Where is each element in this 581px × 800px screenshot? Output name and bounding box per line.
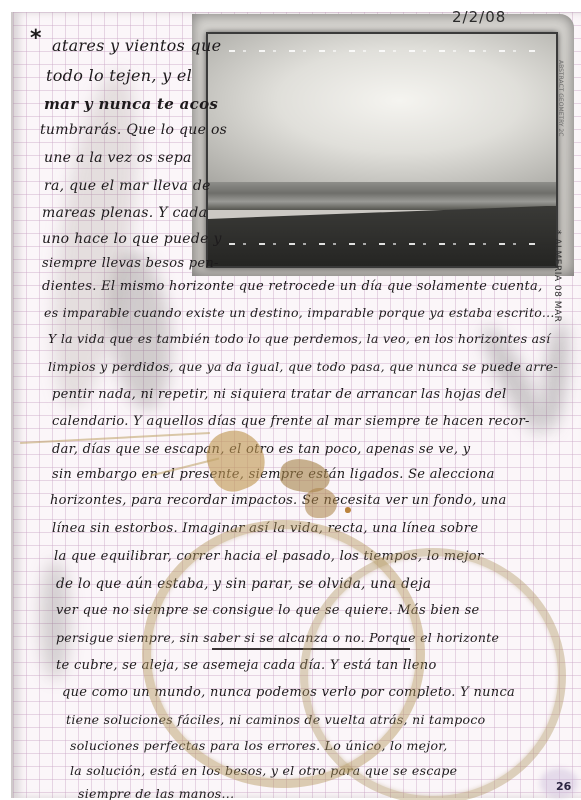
photo-mount [192, 14, 574, 276]
handwritten-line: limpios y perdidos, que ya da igual, que… [48, 359, 558, 374]
photo-sea [208, 182, 556, 210]
handwritten-line: ver que no siempre se consigue lo que se… [56, 603, 480, 618]
handwritten-line: dientes. El mismo horizonte que retroced… [42, 279, 543, 294]
handwritten-line: tiene soluciones fáciles, ni caminos de … [66, 712, 486, 727]
handwritten-line: ra, que el mar lleva de [44, 178, 211, 194]
handwritten-line: te cubre, se aleja, se asemeja cada día.… [56, 658, 437, 673]
handwritten-line: tumbrarás. Que lo que os [40, 122, 227, 138]
entry-date: 2/2/08 [452, 8, 506, 26]
handwritten-line: siempre llevas besos pen- [42, 256, 219, 271]
handwritten-line: persigue siempre, sin saber si se alcanz… [56, 630, 499, 645]
handwritten-line: atares y vientos que [52, 36, 221, 55]
handwritten-line: línea sin estorbos. Imaginar así la vida… [52, 521, 478, 536]
handwritten-line: uno hace lo que puede y [42, 231, 222, 247]
underlined-phrase: sin saber si se alcanza o no [212, 646, 234, 647]
handwritten-line: todo lo tejen, y el [46, 66, 192, 85]
photo-beach [208, 206, 556, 266]
handwritten-line: calendario. Y aquellos días que frente a… [52, 414, 530, 429]
handwritten-line: mareas plenas. Y cada [42, 205, 207, 221]
handwritten-line: une a la vez os sepa [44, 150, 192, 166]
film-edge-marks [229, 243, 535, 245]
phrase-underline [212, 648, 410, 650]
seascape-photo [206, 32, 558, 268]
handwritten-line: la que equilibrar, correr hacia el pasad… [54, 549, 483, 564]
handwritten-line: pentir nada, ni repetir, ni siquiera tra… [52, 387, 506, 402]
handwritten-line: siempre de las manos... [78, 786, 234, 800]
photo-sky [208, 34, 556, 182]
film-edge-marks [229, 50, 535, 52]
handwritten-line: la solución, está en los besos, y el otr… [70, 763, 457, 778]
handwritten-line: dar, días que se escapan, el otro es tan… [52, 442, 470, 457]
handwritten-line: de lo que aún estaba, y sin parar, se ol… [56, 576, 431, 592]
handwritten-line: horizontes, para recordar impactos. Se n… [50, 493, 507, 508]
handwritten-line: mar y nunca te acos [44, 95, 218, 113]
handwritten-line: es imparable cuando existe un destino, i… [44, 305, 555, 320]
handwritten-line: soluciones perfectas para los errores. L… [70, 738, 447, 753]
handwritten-line: sin embargo en el presente, siempre está… [52, 467, 495, 482]
handwritten-line: Y la vida que es también todo lo que per… [48, 331, 550, 346]
handwritten-line: que como un mundo, nunca podemos verlo p… [62, 685, 515, 700]
page-number: 26 [556, 780, 571, 793]
asterisk-mark: * [30, 26, 42, 51]
photo-edge-scribble: ABSTRACT GEOMETRY 2C [557, 60, 564, 136]
